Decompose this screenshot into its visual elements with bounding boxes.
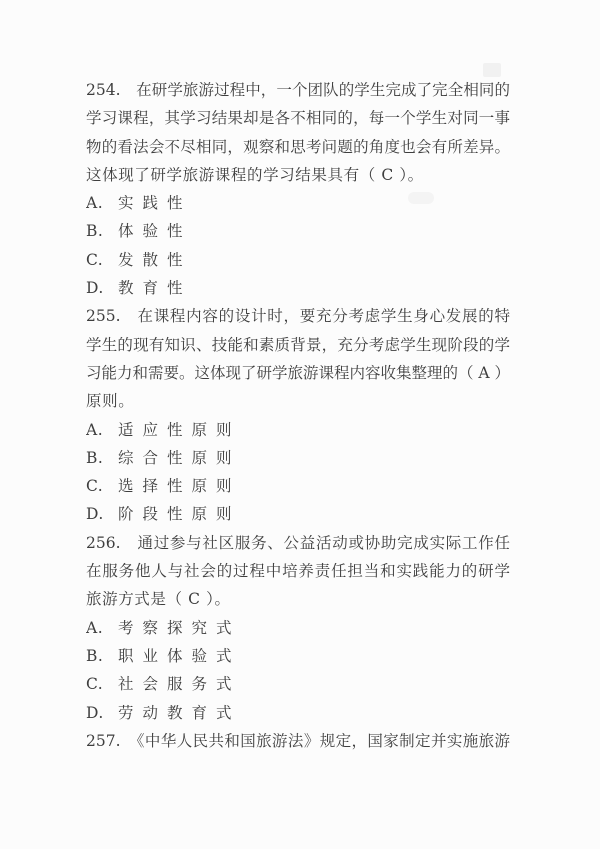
option-text: 职业体验式 <box>118 647 241 665</box>
q256-option-c: C.社会服务式 <box>86 670 510 698</box>
option-text: 适应性原则 <box>118 421 241 439</box>
q254-line-4: 这体现了研学旅游课程的学习结果具有（ C ）。 <box>86 161 510 189</box>
option-text: 阶段性原则 <box>118 505 241 523</box>
q256-line-2: 在服务他人与社会的过程中培养责任担当和实践能力的研学 <box>86 557 510 585</box>
option-text: 综合性原则 <box>118 449 241 467</box>
option-text: 发散性 <box>118 251 192 269</box>
q254-line-2: 学习课程，其学习结果却是各不相同的，每一个学生对同一事 <box>86 104 510 132</box>
q256-option-d: D.劳动教育式 <box>86 699 510 727</box>
q254-option-c: C.发散性 <box>86 246 510 274</box>
question-254: 254. 在研学旅游过程中，一个团队的学生完成了完全相同的 学习课程，其学习结果… <box>86 76 510 302</box>
option-key: A. <box>86 189 106 217</box>
q255-option-b: B.综合性原则 <box>86 444 510 472</box>
q254-option-a: A.实践性 <box>86 189 510 217</box>
q254-line-1: 254. 在研学旅游过程中，一个团队的学生完成了完全相同的 <box>86 76 510 104</box>
q255-option-c: C.选择性原则 <box>86 472 510 500</box>
question-255: 255. 在课程内容的设计时，要充分考虑学生身心发展的特点， 学生的现有知识、技… <box>86 302 510 528</box>
q256-line-1: 256. 通过参与社区服务、公益活动或协助完成实际工作任务， <box>86 529 510 557</box>
option-key: D. <box>86 274 106 302</box>
option-text: 劳动教育式 <box>118 704 241 722</box>
option-text: 考察探究式 <box>118 619 241 637</box>
question-257: 257. 《中华人民共和国旅游法》规定，国家制定并实施旅游形 <box>86 727 510 755</box>
option-key: C. <box>86 246 106 274</box>
option-key: B. <box>86 642 106 670</box>
q254-option-b: B.体验性 <box>86 217 510 245</box>
option-text: 实践性 <box>118 194 192 212</box>
scan-smudge <box>483 63 501 77</box>
option-key: D. <box>86 699 106 727</box>
option-key: C. <box>86 670 106 698</box>
q255-line-2: 学生的现有知识、技能和素质背景，充分考虑学生现阶段的学 <box>86 331 510 359</box>
question-text-block: 254. 在研学旅游过程中，一个团队的学生完成了完全相同的 学习课程，其学习结果… <box>86 76 510 755</box>
q256-line-3: 旅游方式是（ C ）。 <box>86 585 510 613</box>
option-key: D. <box>86 500 106 528</box>
q255-line-1: 255. 在课程内容的设计时，要充分考虑学生身心发展的特点， <box>86 302 510 330</box>
document-page: 254. 在研学旅游过程中，一个团队的学生完成了完全相同的 学习课程，其学习结果… <box>0 0 600 849</box>
question-256: 256. 通过参与社区服务、公益活动或协助完成实际工作任务， 在服务他人与社会的… <box>86 529 510 727</box>
q255-line-3: 习能力和需要。这体现了研学旅游课程内容收集整理的（ A ） <box>86 359 510 387</box>
q256-option-a: A.考察探究式 <box>86 614 510 642</box>
q255-line-4: 原则。 <box>86 387 510 415</box>
q256-option-b: B.职业体验式 <box>86 642 510 670</box>
q255-option-a: A.适应性原则 <box>86 416 510 444</box>
q254-line-3: 物的看法会不尽相同，观察和思考问题的角度也会有所差异。 <box>86 133 510 161</box>
option-text: 社会服务式 <box>118 675 241 693</box>
q255-option-d: D.阶段性原则 <box>86 500 510 528</box>
option-key: A. <box>86 416 106 444</box>
option-text: 教育性 <box>118 279 192 297</box>
option-key: C. <box>86 472 106 500</box>
option-key: A. <box>86 614 106 642</box>
option-key: B. <box>86 217 106 245</box>
q254-option-d: D.教育性 <box>86 274 510 302</box>
option-text: 体验性 <box>118 222 192 240</box>
option-key: B. <box>86 444 106 472</box>
q257-line-1: 257. 《中华人民共和国旅游法》规定，国家制定并实施旅游形 <box>86 727 510 755</box>
option-text: 选择性原则 <box>118 477 241 495</box>
